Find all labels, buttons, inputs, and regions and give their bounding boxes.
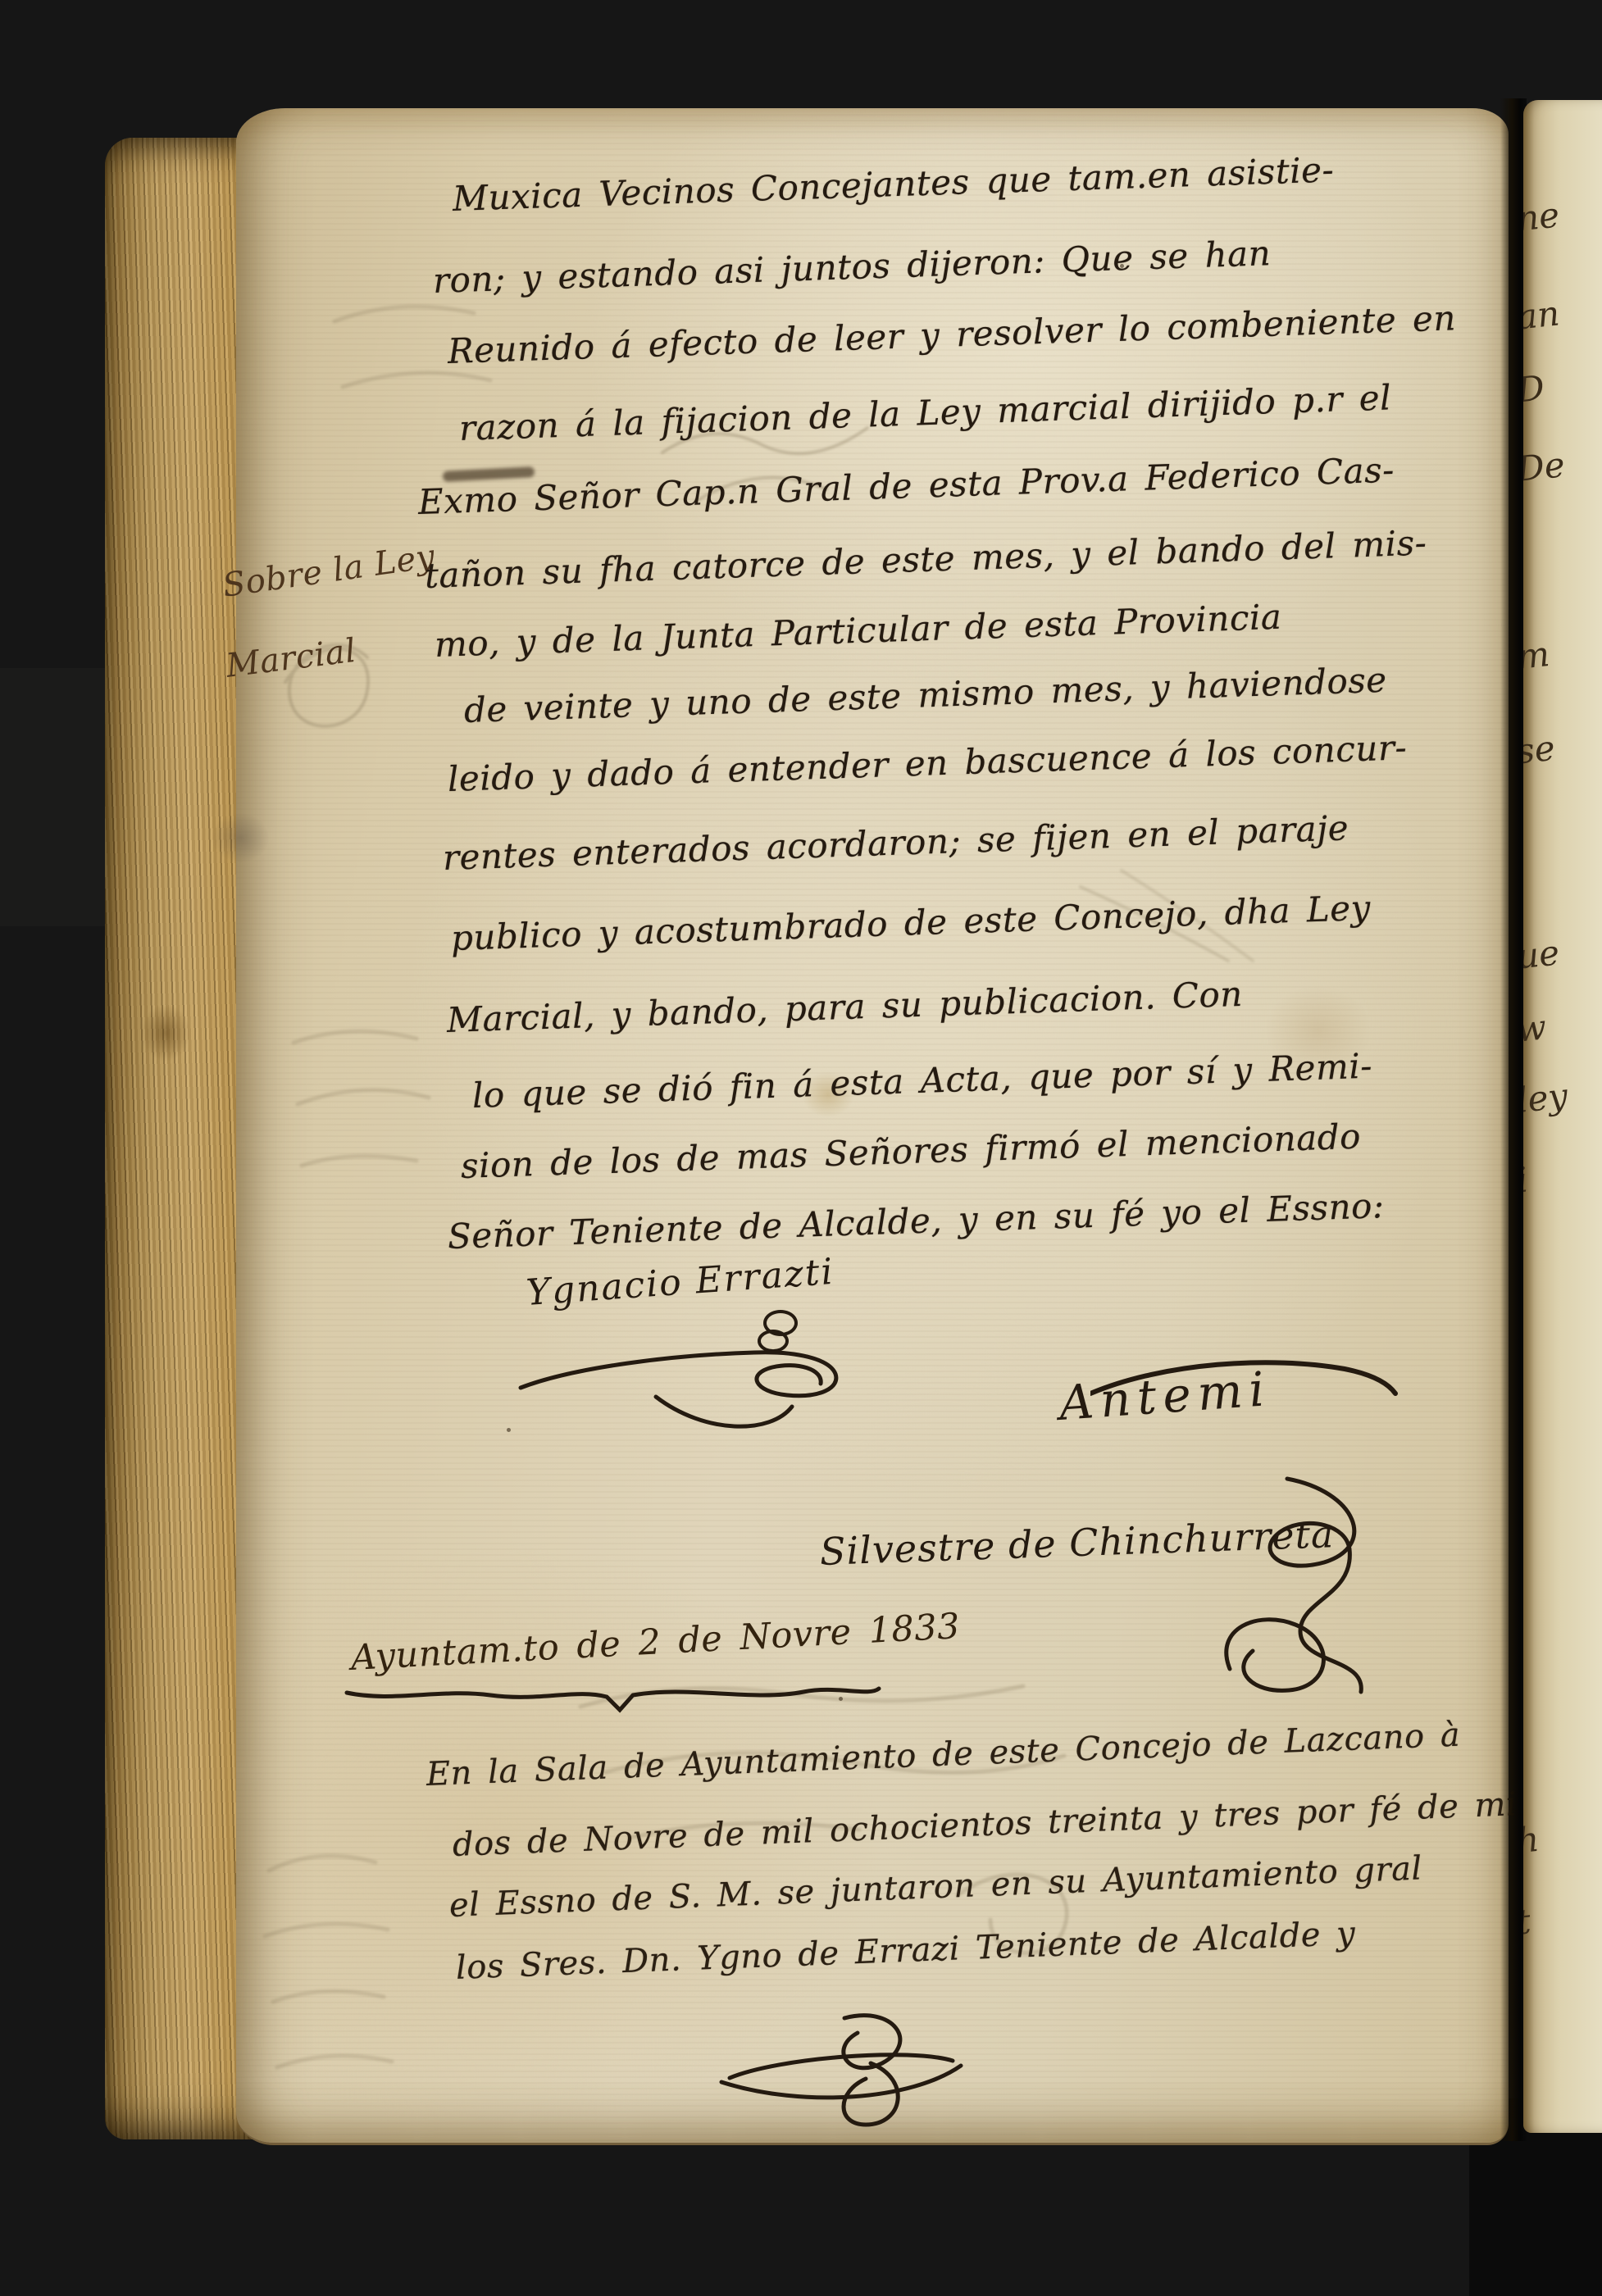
facing-page-text-fragment: ne [1523, 194, 1561, 239]
facing-page-text-fragment: De [1523, 444, 1567, 489]
facing-page-text-fragment: se [1523, 728, 1557, 772]
heading-underline-flourish [343, 1680, 884, 1717]
fore-edge-stain [141, 1004, 190, 1062]
facing-page-text-fragment: m [1523, 634, 1551, 677]
photo-canvas: Sobre la Ley Marcial Muxica Vecinos Conc… [0, 0, 1602, 2296]
attestation-swash [1090, 1354, 1402, 1412]
closing-rubric-flourish [705, 2000, 984, 2139]
facing-page-text-fragment: an [1523, 293, 1562, 337]
facing-page-text-fragment: D [1523, 367, 1546, 410]
rubric-flourish-chinchurreta [1181, 1464, 1402, 1702]
facing-page-sliver: ne an D De m se ue w ley i h t [1523, 100, 1602, 2133]
facing-page-text-fragment: i [1523, 1159, 1530, 1200]
facing-page-text-fragment: ue [1523, 932, 1561, 976]
facing-page-text-fragment: w [1523, 1007, 1548, 1049]
facing-page-text-fragment: h [1523, 1819, 1541, 1862]
facing-page-text-fragment: ley [1523, 1075, 1569, 1121]
rubric-flourish-errazti [508, 1310, 861, 1457]
paper-stain [212, 813, 269, 862]
facing-page-text-fragment: t [1523, 1901, 1532, 1942]
